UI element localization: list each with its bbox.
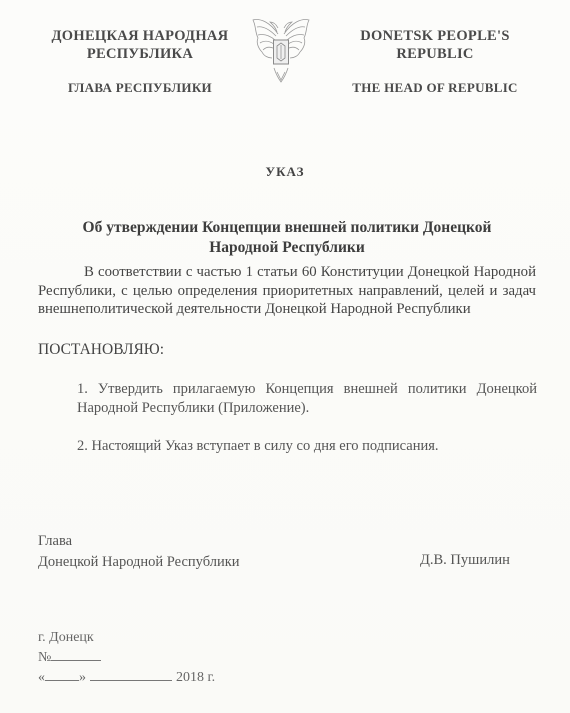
republic-name-en-line2: REPUBLIC [335, 45, 535, 63]
signatory-role-line1: Глава [38, 531, 240, 552]
month-blank [90, 667, 172, 681]
head-title-ru: ГЛАВА РЕСПУБЛИКИ [30, 80, 250, 96]
number-label: № [38, 650, 51, 665]
date-close-quote: » [79, 670, 86, 685]
resolve-heading: ПОСТАНОВЛЯЮ: [38, 341, 164, 359]
republic-name-ru-line1: ДОНЕЦКАЯ НАРОДНАЯ [30, 27, 250, 45]
document-number-line: № [38, 647, 215, 667]
document-page: ДОНЕЦКАЯ НАРОДНАЯ РЕСПУБЛИКА ГЛАВА РЕСПУ… [0, 0, 570, 713]
signatory-role: Глава Донецкой Народной Республики [38, 531, 240, 573]
number-blank [51, 647, 101, 661]
day-blank [45, 667, 79, 681]
head-title-en: THE HEAD OF REPUBLIC [335, 80, 535, 96]
decree-title: УКАЗ [0, 164, 570, 180]
preamble-paragraph: В соответствии с частью 1 статьи 60 Конс… [38, 263, 536, 319]
signatory-role-line2: Донецкой Народной Республики [38, 552, 240, 573]
issue-city: г. Донецк [38, 628, 215, 647]
decree-subject: Об утверждении Концепции внешней политик… [50, 218, 524, 258]
republic-name-en-line1: DONETSK PEOPLE'S [335, 27, 535, 45]
document-date-line: «»2018 г. [38, 667, 215, 687]
decree-item-1: 1. Утвердить прилагаемую Концепция внешн… [77, 380, 537, 417]
document-footer: г. Донецк № «»2018 г. [38, 628, 215, 687]
coat-of-arms-icon [250, 12, 312, 86]
header-left-block: ДОНЕЦКАЯ НАРОДНАЯ РЕСПУБЛИКА ГЛАВА РЕСПУ… [30, 27, 250, 96]
signatory-name: Д.В. Пушилин [420, 552, 510, 569]
republic-name-ru-line2: РЕСПУБЛИКА [30, 45, 250, 63]
date-open-quote: « [38, 670, 45, 685]
decree-item-2: 2. Настоящий Указ вступает в силу со дня… [77, 437, 537, 456]
header-right-block: DONETSK PEOPLE'S REPUBLIC THE HEAD OF RE… [335, 27, 535, 96]
date-year: 2018 г. [176, 670, 215, 685]
